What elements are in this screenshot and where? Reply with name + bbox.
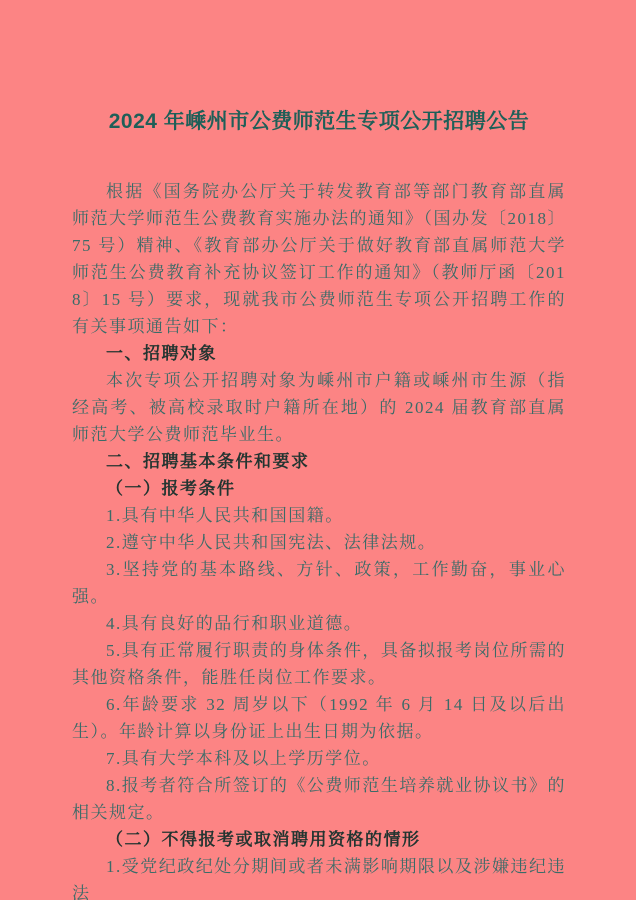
recruitment-target-paragraph: 本次专项公开招聘对象为嵊州市户籍或嵊州市生源（指经高考、被高校录取时户籍所在地）… bbox=[72, 367, 566, 448]
condition-item-7: 7.具有大学本科及以上学历学位。 bbox=[72, 745, 566, 772]
section-heading-basic-conditions: 二、招聘基本条件和要求 bbox=[72, 448, 566, 475]
condition-item-6: 6.年龄要求 32 周岁以下（1992 年 6 月 14 日及以后出生）。年龄计… bbox=[72, 691, 566, 745]
condition-item-4: 4.具有良好的品行和职业道德。 bbox=[72, 610, 566, 637]
condition-item-1: 1.具有中华人民共和国国籍。 bbox=[72, 502, 566, 529]
condition-item-5: 5.具有正常履行职责的身体条件，具备拟报考岗位所需的其他资格条件，能胜任岗位工作… bbox=[72, 637, 566, 691]
subsection-heading-disqualification: （二）不得报考或取消聘用资格的情形 bbox=[72, 826, 566, 853]
intro-paragraph: 根据《国务院办公厅关于转发教育部等部门教育部直属师范大学师范生公费教育实施办法的… bbox=[72, 178, 566, 340]
document-title: 2024 年嵊州市公费师范生专项公开招聘公告 bbox=[72, 106, 566, 138]
condition-item-3: 3.坚持党的基本路线、方针、政策，工作勤奋，事业心强。 bbox=[72, 556, 566, 610]
document-page: 2024 年嵊州市公费师范生专项公开招聘公告 根据《国务院办公厅关于转发教育部等… bbox=[0, 0, 636, 900]
subsection-heading-application-conditions: （一）报考条件 bbox=[72, 475, 566, 502]
condition-item-8: 8.报考者符合所签订的《公费师范生培养就业协议书》的相关规定。 bbox=[72, 772, 566, 826]
section-heading-recruitment-target: 一、招聘对象 bbox=[72, 340, 566, 367]
condition-item-2: 2.遵守中华人民共和国宪法、法律法规。 bbox=[72, 529, 566, 556]
disqualification-item-1: 1.受党纪政纪处分期间或者未满影响期限以及涉嫌违纪违法 bbox=[72, 853, 566, 900]
